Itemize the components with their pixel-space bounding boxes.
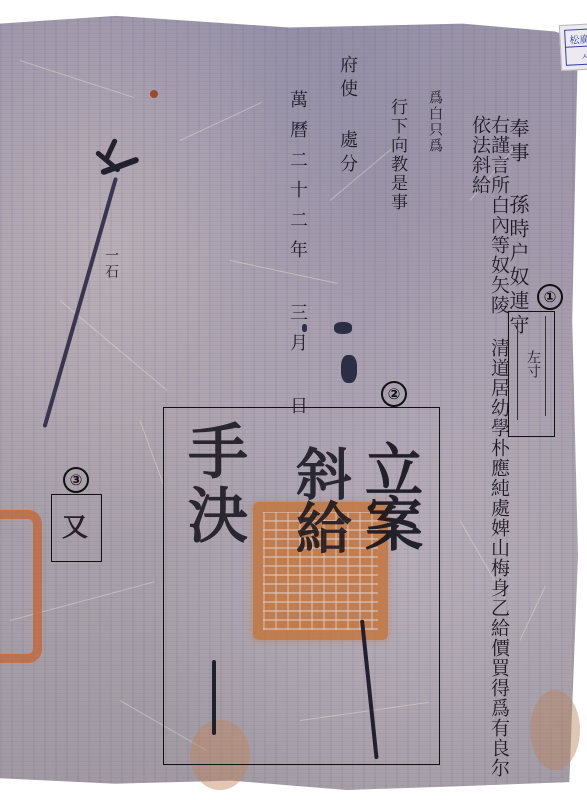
- stain: [530, 690, 580, 770]
- annotation-number-1: ①: [537, 284, 563, 310]
- label-top-text: 松廣: [569, 31, 587, 47]
- ink-blot: [334, 322, 352, 334]
- box1-text: 左寸: [523, 350, 543, 378]
- archive-label: 松廣 ㅅ: [559, 23, 587, 71]
- ink-blot: [302, 324, 307, 332]
- note-column: 一石: [104, 248, 118, 280]
- text-column-2: 右謹言所白內等奴矢陵 清道居幼學朴應純處婢山梅身乙給價買得爲有良尔依法斜給: [470, 115, 508, 795]
- hand-outline-left: [517, 320, 518, 420]
- hand-outline-right: [545, 316, 546, 416]
- label-border: 松廣 ㅅ: [564, 28, 587, 66]
- annotation-box-1: 左寸: [508, 311, 555, 437]
- stain: [150, 90, 158, 98]
- text-column-5: 府使 處分: [338, 55, 356, 178]
- annotation-number-3: ③: [63, 467, 89, 493]
- annotation-number-2: ②: [381, 381, 407, 407]
- annotation-box-3: 又: [51, 494, 102, 562]
- partial-seal-left: [0, 510, 42, 663]
- ink-blot: [341, 355, 357, 383]
- text-column-4: 行下向教是事: [388, 98, 405, 212]
- annotation-box-2: [163, 407, 440, 765]
- text-column-1: 奉事 孫時户奴連守: [508, 118, 528, 338]
- label-bottom-text: ㅅ: [580, 50, 587, 63]
- box3-mark: 又: [62, 507, 88, 544]
- date-column: 萬曆二十二年 三月 日: [288, 90, 306, 426]
- text-column-3: 爲白只爲: [428, 90, 442, 154]
